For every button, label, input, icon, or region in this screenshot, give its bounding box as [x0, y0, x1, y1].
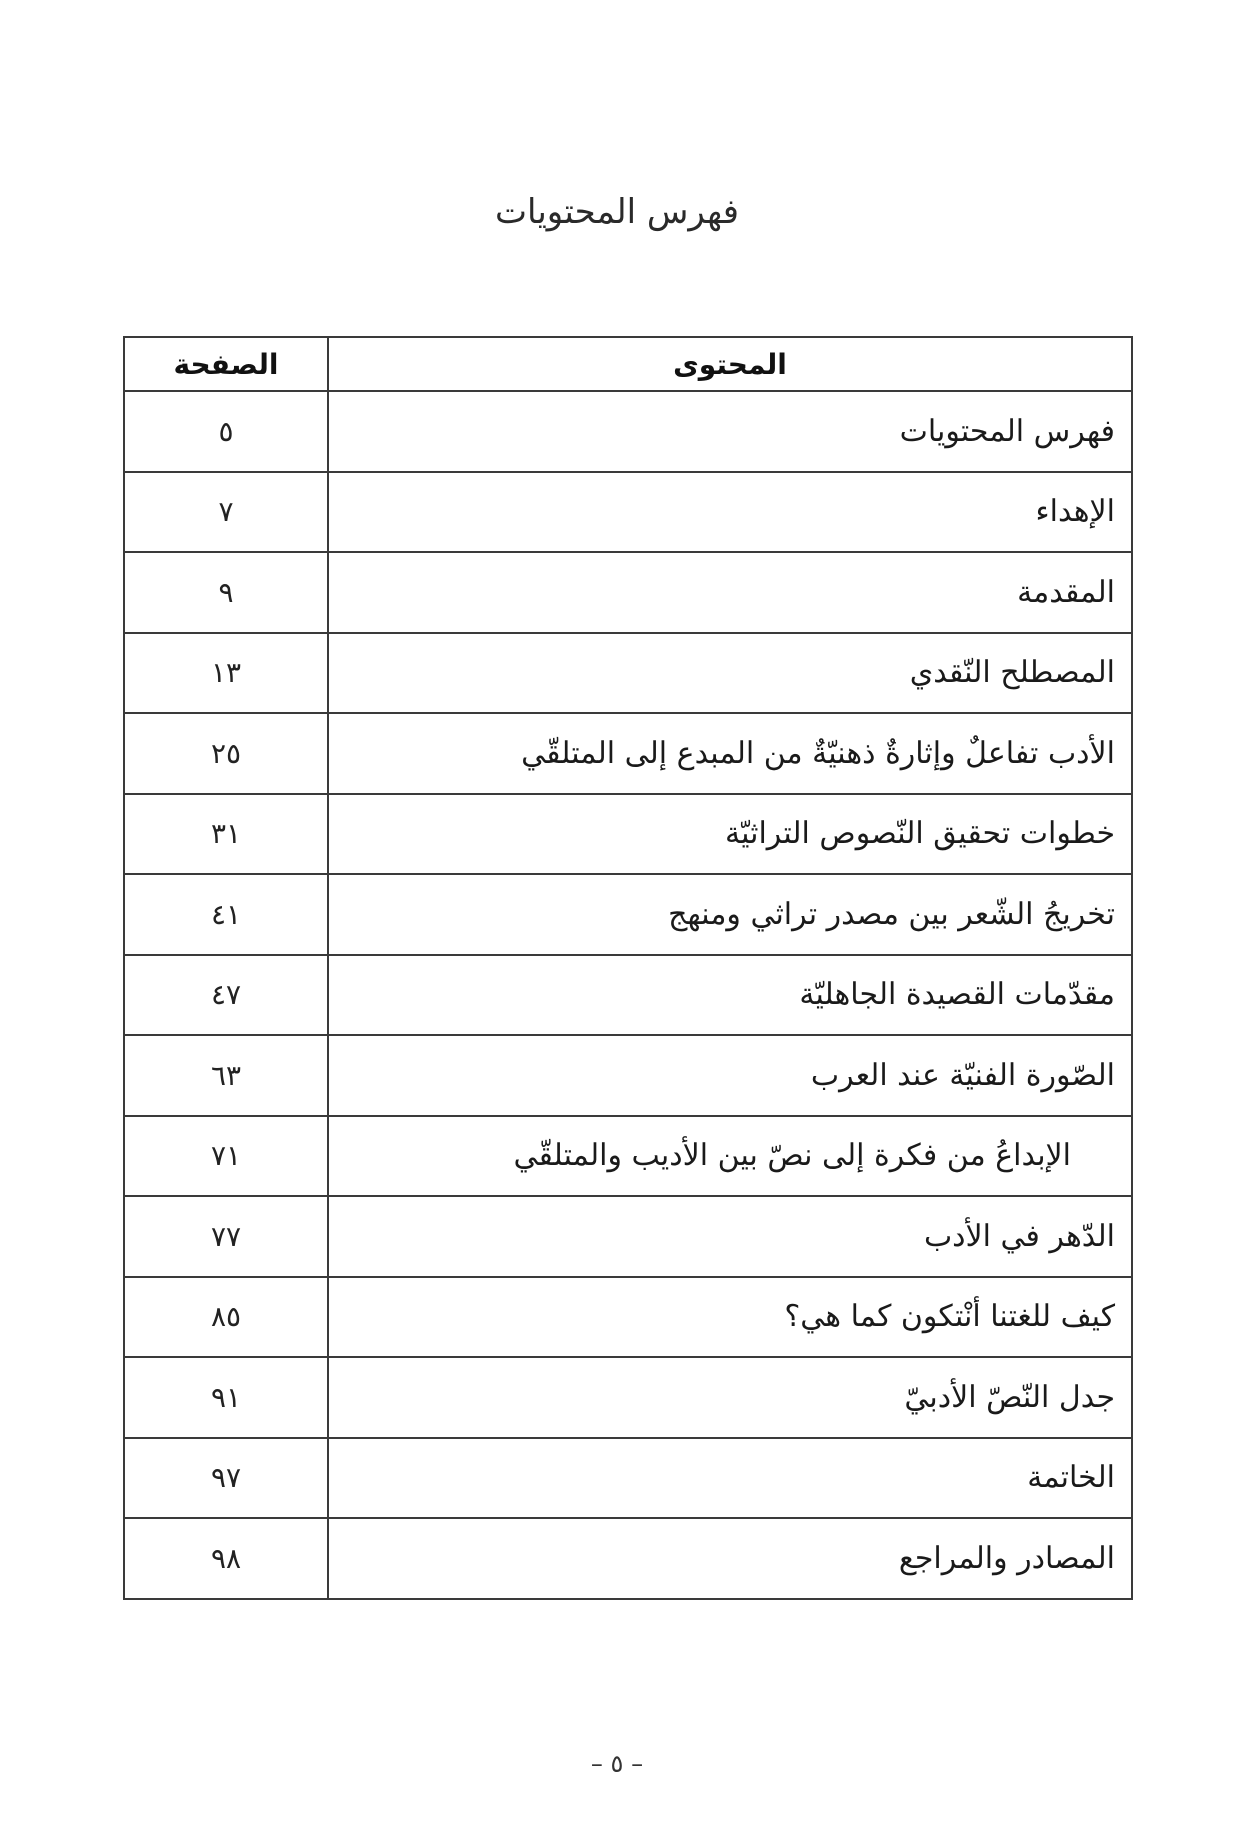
- entry-page: ٦٣: [124, 1035, 328, 1116]
- entry-title: الدّهر في الأدب: [328, 1196, 1132, 1277]
- table-row: خطوات تحقيق النّصوص التراثيّة ٣١: [124, 794, 1132, 875]
- entry-title: الخاتمة: [328, 1438, 1132, 1519]
- entry-title: الإبداعُ من فكرة إلى نصّ بين الأديب والم…: [328, 1116, 1132, 1197]
- entry-page: ٨٥: [124, 1277, 328, 1358]
- entry-title: الأدب تفاعلٌ وإثارةٌ ذهنيّةٌ من المبدع إ…: [328, 713, 1132, 794]
- table-row: فهرس المحتويات ٥: [124, 391, 1132, 472]
- entry-page: ٤١: [124, 874, 328, 955]
- entry-page: ٤٧: [124, 955, 328, 1036]
- entry-page: ٩١: [124, 1357, 328, 1438]
- entry-page: ٩٨: [124, 1518, 328, 1599]
- entry-page: ٧٧: [124, 1196, 328, 1277]
- table-header-row: المحتوى الصفحة: [124, 337, 1132, 391]
- entry-title: المصادر والمراجع: [328, 1518, 1132, 1599]
- entry-title: المقدمة: [328, 552, 1132, 633]
- table-row: تخريجُ الشّعر بين مصدر تراثي ومنهج ٤١: [124, 874, 1132, 955]
- entry-page: ٥: [124, 391, 328, 472]
- entry-page: ٩: [124, 552, 328, 633]
- entry-title: الإهداء: [328, 472, 1132, 553]
- table-of-contents: المحتوى الصفحة فهرس المحتويات ٥ الإهداء …: [123, 336, 1133, 1600]
- table-row: المصطلح النّقدي ١٣: [124, 633, 1132, 714]
- table-row: الإهداء ٧: [124, 472, 1132, 553]
- entry-title: فهرس المحتويات: [328, 391, 1132, 472]
- table-row: مقدّمات القصيدة الجاهليّة ٤٧: [124, 955, 1132, 1036]
- table-row: جدل النّصّ الأدبيّ ٩١: [124, 1357, 1132, 1438]
- entry-title: تخريجُ الشّعر بين مصدر تراثي ومنهج: [328, 874, 1132, 955]
- entry-title: خطوات تحقيق النّصوص التراثيّة: [328, 794, 1132, 875]
- entry-title: الصّورة الفنيّة عند العرب: [328, 1035, 1132, 1116]
- entry-title: مقدّمات القصيدة الجاهليّة: [328, 955, 1132, 1036]
- table-row: الدّهر في الأدب ٧٧: [124, 1196, 1132, 1277]
- entry-page: ٢٥: [124, 713, 328, 794]
- entry-title: المصطلح النّقدي: [328, 633, 1132, 714]
- entry-page: ٧١: [124, 1116, 328, 1197]
- footer-page-number: – ٥ –: [0, 1750, 1234, 1778]
- entry-title: جدل النّصّ الأدبيّ: [328, 1357, 1132, 1438]
- table-row: المصادر والمراجع ٩٨: [124, 1518, 1132, 1599]
- entry-title: كيف للغتنا أنْتكون كما هي؟: [328, 1277, 1132, 1358]
- table-row: الأدب تفاعلٌ وإثارةٌ ذهنيّةٌ من المبدع إ…: [124, 713, 1132, 794]
- header-content: المحتوى: [328, 337, 1132, 391]
- table-row: الإبداعُ من فكرة إلى نصّ بين الأديب والم…: [124, 1116, 1132, 1197]
- header-page: الصفحة: [124, 337, 328, 391]
- table-row: المقدمة ٩: [124, 552, 1132, 633]
- entry-page: ٣١: [124, 794, 328, 875]
- entry-page: ١٣: [124, 633, 328, 714]
- entry-page: ٩٧: [124, 1438, 328, 1519]
- entry-page: ٧: [124, 472, 328, 553]
- table-row: الصّورة الفنيّة عند العرب ٦٣: [124, 1035, 1132, 1116]
- page-title: فهرس المحتويات: [0, 192, 1234, 232]
- table-row: كيف للغتنا أنْتكون كما هي؟ ٨٥: [124, 1277, 1132, 1358]
- table-row: الخاتمة ٩٧: [124, 1438, 1132, 1519]
